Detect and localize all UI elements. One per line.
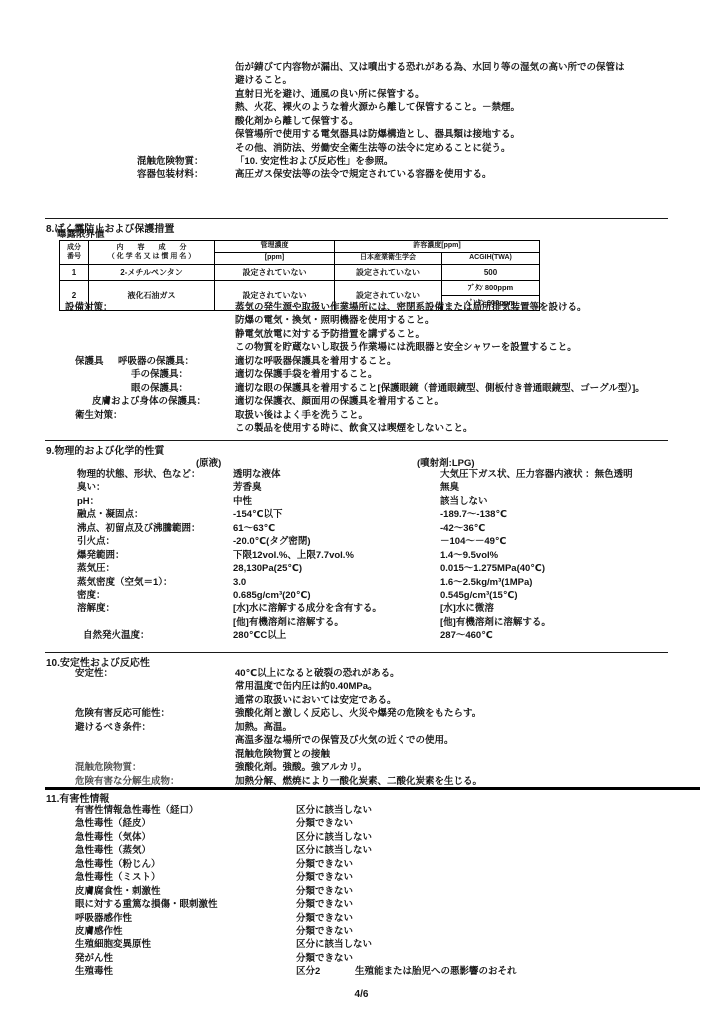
header-text: 番号 — [60, 253, 88, 261]
hazard-label: 生殖毒性 — [75, 965, 113, 978]
property-row: 爆発範囲： 下限12vol.%、上限7.7vol.% 1.4～9.5vol% — [0, 549, 723, 562]
stability-reactivity-rows: 安定性： 40℃以上になると破裂の恐れがある。 常用温度で缶内圧は約0.40MP… — [0, 667, 723, 788]
property-label: 蒸気圧： — [77, 562, 115, 575]
hazard-classification: 区分に該当しない — [296, 831, 372, 844]
header-text: （ 化 学 名 又 は 慣 用 名 ） — [89, 253, 214, 261]
property-row: 蒸気圧： 28,130Pa(25℃) 0.015～1.275MPa(40℃) — [0, 562, 723, 575]
field-label: 混触危険物質： — [137, 155, 204, 168]
hazard-row: 生殖細胞変異原性 区分に該当しない — [0, 938, 723, 951]
hazard-label: 発がん性 — [75, 952, 113, 965]
hazard-classification: 分類できない — [296, 952, 353, 965]
property-row: 臭い： 芳香臭 無臭 — [0, 481, 723, 494]
section-11-title: 11.有害性情報 — [46, 790, 109, 805]
field-label: 危険有害反応可能性： — [75, 707, 170, 720]
field-row: 容器包装材料： 高圧ガス保安法等の法令で規定されている容器を使用する。 — [0, 168, 723, 181]
page-number: 4/6 — [0, 989, 723, 1000]
physical-properties-rows: 物理的状態、形状、色など： 透明な液体 大気圧下ガス状、圧力容器内液状 ：無色透… — [0, 468, 723, 643]
property-value-stock: [水]水に溶解する成分を含有する。 — [233, 602, 382, 615]
hazard-classification: 分類できない — [296, 885, 353, 898]
field-value: 取扱い後はよく手を洗うこと。 — [235, 409, 368, 422]
hazard-classification-detail: 生殖能または胎児への悪影響のおそれ — [355, 965, 517, 978]
text-line: 保管場所で使用する電気器具は防爆構造とし、器具類は接地する。 — [0, 128, 723, 141]
field-row: 防爆の電気・換気・照明機器を使用すること。 — [0, 314, 723, 327]
field-row: 混触危険物質との接触 — [0, 748, 723, 761]
hazard-row: 有害性情報急性毒性（経口） 区分に該当しない — [0, 804, 723, 817]
hazard-classification: 分類できない — [296, 858, 353, 871]
hazard-classification: 区分に該当しない — [296, 938, 372, 951]
precaution-text: 缶が錆びて内容物が漏出、又は噴出する恐れがある為、水回り等の湿気の高い所での保管… — [235, 61, 625, 74]
hazard-label: 急性毒性（気体） — [75, 831, 151, 844]
hazard-classification: 分類できない — [296, 871, 353, 884]
hazard-row: 急性毒性（気体） 区分に該当しない — [0, 831, 723, 844]
property-row: 蒸気密度（空気＝1）： 3.0 1.6～2.5kg/m³(1MPa) — [0, 576, 723, 589]
property-label: 密度： — [77, 589, 106, 602]
field-label: 避けるべき条件： — [75, 721, 151, 734]
property-value-stock: 61～63℃ — [233, 522, 275, 535]
field-row: この製品を使用する時に、飲食又は喫煙をしないこと。 — [0, 422, 723, 435]
property-value-stock: -20.0℃(タグ密閉) — [233, 535, 311, 548]
field-row: 混触危険物質： 「10. 安定性および反応性」を参照。 — [0, 155, 723, 168]
header-text: 成分 — [60, 244, 88, 252]
property-row: 密度： 0.685g/cm³(20℃) 0.545g/cm³(15℃) — [0, 589, 723, 602]
field-label: 容器包装材料： — [137, 168, 204, 181]
field-row: この物質を貯蔵ないし取扱う作業場には洗眼器と安全シャワーを設置すること。 — [0, 341, 723, 354]
field-value: 適切な保護衣、顔面用の保護具を着用すること。 — [235, 395, 444, 408]
section-9-title: 9.物理的および化学的性質 — [46, 442, 164, 457]
field-value: 静電気放電に対する予防措置を講ずること。 — [235, 328, 425, 341]
precaution-text: その他、消防法、労働安全衛生法等の法令に定めることに従う。 — [235, 142, 511, 155]
property-value-lpg: 1.6～2.5kg/m³(1MPa) — [440, 576, 532, 589]
col-header-ppm-unit: [ppm] — [215, 253, 335, 265]
field-value: この物質を貯蔵ないし取扱う作業場には洗眼器と安全シャワーを設置すること。 — [235, 341, 577, 354]
text-line: 直射日光を避け、通風の良い所に保管する。 — [0, 88, 723, 101]
property-value-lpg: 0.545g/cm³(15℃) — [440, 589, 518, 602]
property-value-lpg: 該当しない — [440, 495, 488, 508]
property-label: 引火点： — [77, 535, 115, 548]
cell-component-no: 1 — [60, 265, 89, 281]
hazard-classification: 区分2 — [296, 965, 320, 978]
field-row: 皮膚および身体の保護具： 適切な保護衣、顔面用の保護具を着用すること。 — [0, 395, 723, 408]
property-row: pH： 中性 該当しない — [0, 495, 723, 508]
col-header-component-name: 内 容 成 分 （ 化 学 名 又 は 慣 用 名 ） — [89, 241, 215, 265]
field-value: 混触危険物質との接触 — [235, 748, 330, 761]
table-row: 1 2-メチルペンタン 設定されていない 設定されていない 500 — [60, 265, 540, 281]
field-label: 混触危険物質： — [75, 761, 142, 774]
col-header-acgih: ACGIH(TWA) — [442, 253, 540, 265]
field-row: 危険有害な分解生成物： 加熱分解、燃焼により一酸化炭素、二酸化炭素を生じる。 — [0, 775, 723, 788]
property-value-stock: 3.0 — [233, 576, 246, 589]
property-value-lpg: 1.4～9.5vol% — [440, 549, 498, 562]
column-header-propellant-lpg: (噴射剤:LPG) — [417, 455, 475, 469]
property-value-lpg: 無臭 — [440, 481, 459, 494]
property-value-stock: 中性 — [233, 495, 252, 508]
property-row: 引火点： -20.0℃(タグ密閉) －104～－49℃ — [0, 535, 723, 548]
property-row: 溶解度： [水]水に溶解する成分を含有する。 [水]水に微溶 — [0, 602, 723, 615]
field-value: 高圧ガス保安法等の法令で規定されている容器を使用する。 — [235, 168, 492, 181]
hazard-label: 有害性情報急性毒性（経口） — [75, 804, 199, 817]
text-line: その他、消防法、労働安全衛生法等の法令に定めることに従う。 — [0, 142, 723, 155]
property-label: pH： — [77, 495, 99, 508]
hazard-row: 生殖毒性 区分2 生殖能または胎児への悪影響のおそれ — [0, 965, 723, 978]
field-row: 眼の保護具： 適切な眼の保護具を着用すること[保護眼鏡（普通眼鏡型、側板付き普通… — [0, 382, 723, 395]
precaution-text: 保管場所で使用する電気器具は防爆構造とし、器具類は接地する。 — [235, 128, 520, 141]
section-divider — [45, 652, 668, 653]
text-line: 酸化剤から離して保管する。 — [0, 115, 723, 128]
field-row: 衛生対策： 取扱い後はよく手を洗うこと。 — [0, 409, 723, 422]
hazard-label: 皮膚腐食性・刺激性 — [75, 885, 161, 898]
field-row: 設備対策： 蒸気の発生源や取扱い作業場所には、密閉系設備または局所排気装置等を設… — [0, 301, 723, 314]
field-value: 加熱分解、燃焼により一酸化炭素、二酸化炭素を生じる。 — [235, 775, 482, 788]
property-value-lpg: －104～－49℃ — [440, 535, 506, 548]
hazard-label: 急性毒性（粉じん） — [75, 858, 161, 871]
field-value: 強酸化剤と激しく反応し、火災や爆発の危険をもたらす。 — [235, 707, 481, 720]
hazard-classification: 区分に該当しない — [296, 804, 372, 817]
property-value-lpg: 0.015～1.275MPa(40℃) — [440, 562, 545, 575]
precaution-text: 熱、火花、裸火のような着火源から離して保管すること。－禁煙。 — [235, 101, 520, 114]
storage-labeled-rows: 混触危険物質： 「10. 安定性および反応性」を参照。 容器包装材料： 高圧ガス… — [0, 155, 723, 182]
toxicological-info-rows: 有害性情報急性毒性（経口） 区分に該当しない 急性毒性（経皮） 分類できない 急… — [0, 804, 723, 979]
property-label: 物理的状態、形状、色など： — [77, 468, 201, 481]
hazard-classification: 分類できない — [296, 898, 353, 911]
field-value: 通常の取扱いにおいては安定である。 — [235, 694, 397, 707]
field-value: 防爆の電気・換気・照明機器を使用すること。 — [235, 314, 435, 327]
field-label: 設備対策： — [65, 301, 113, 314]
hazard-label: 呼吸器感作性 — [75, 912, 132, 925]
property-value-lpg: [他]有機溶剤に溶解する。 — [440, 616, 551, 629]
text-line: 避けること。 — [0, 74, 723, 87]
hazard-row: 発がん性 分類できない — [0, 952, 723, 965]
hazard-row: 急性毒性（ミスト） 分類できない — [0, 871, 723, 884]
field-value: 強酸化剤。強酸。強アルカリ。 — [235, 761, 367, 774]
field-label: 保護具 — [75, 355, 104, 368]
field-sublabel: 呼吸器の保護具： — [118, 355, 194, 368]
property-value-stock: 0.685g/cm³(20℃) — [233, 589, 311, 602]
protection-measures-rows: 設備対策： 蒸気の発生源や取扱い作業場所には、密閉系設備または局所排気装置等を設… — [0, 301, 723, 435]
field-value: 40℃以上になると破裂の恐れがある。 — [235, 667, 400, 680]
hazard-row: 呼吸器感作性 分類できない — [0, 912, 723, 925]
property-value-stock: 28,130Pa(25℃) — [233, 562, 302, 575]
hazard-classification: 分類できない — [296, 912, 353, 925]
property-row: 自然発火温度： 280℃C以上 287～460℃ — [0, 629, 723, 642]
property-value-stock: 透明な液体 — [233, 468, 281, 481]
field-value: 高温多湿な場所での保管及び火気の近くでの使用。 — [235, 734, 454, 747]
field-row: 常用温度で缶内圧は約0.40MPa。 — [0, 680, 723, 693]
property-label: 溶解度： — [77, 602, 115, 615]
section-divider-thick — [45, 787, 700, 790]
precaution-text: 避けること。 — [235, 74, 292, 87]
field-value: 適切な眼の保護具を着用すること[保護眼鏡（普通眼鏡型、側板付き普通眼鏡型、ゴーグ… — [235, 382, 645, 395]
property-label: 融点・凝固点： — [77, 508, 144, 521]
field-row: 静電気放電に対する予防措置を講ずること。 — [0, 328, 723, 341]
sds-document-page: 缶が錆びて内容物が漏出、又は噴出する恐れがある為、水回り等の湿気の高い所での保管… — [0, 0, 723, 1024]
hazard-label: 急性毒性（ミスト） — [75, 871, 161, 884]
property-label: 沸点、初留点及び沸騰範囲： — [77, 522, 201, 535]
hazard-row: 眼に対する重篤な損傷・眼刺激性 分類できない — [0, 898, 723, 911]
field-value: 加熱。高温。 — [235, 721, 292, 734]
cell-control: 設定されていない — [215, 265, 335, 281]
hazard-classification: 分類できない — [296, 925, 353, 938]
field-value: 適切な呼吸器保護具を着用すること。 — [235, 355, 397, 368]
property-value-lpg: [水]水に微溶 — [440, 602, 494, 615]
field-sublabel: 皮膚および身体の保護具： — [92, 395, 206, 408]
field-row: 危険有害反応可能性： 強酸化剤と激しく反応し、火災や爆発の危険をもたらす。 — [0, 707, 723, 720]
property-value-lpg: 大気圧下ガス状、圧力容器内液状 ：無色透明 — [440, 468, 633, 481]
section-divider — [45, 218, 668, 219]
hazard-row: 急性毒性（経皮） 分類できない — [0, 817, 723, 830]
field-row: 高温多湿な場所での保管及び火気の近くでの使用。 — [0, 734, 723, 747]
field-value: 蒸気の発生源や取扱い作業場所には、密閉系設備または局所排気装置等を設ける。 — [235, 301, 587, 314]
field-label: 危険有害な分解生成物： — [75, 775, 180, 788]
precaution-text: 酸化剤から離して保管する。 — [235, 115, 359, 128]
property-value-stock: 280℃C以上 — [233, 629, 286, 642]
hazard-row: 急性毒性（蒸気） 区分に該当しない — [0, 844, 723, 857]
hazard-label: 急性毒性（経皮） — [75, 817, 151, 830]
field-value: この製品を使用する時に、飲食又は喫煙をしないこと。 — [235, 422, 473, 435]
hazard-classification: 分類できない — [296, 817, 353, 830]
field-row: 通常の取扱いにおいては安定である。 — [0, 694, 723, 707]
field-row: 避けるべき条件： 加熱。高温。 — [0, 721, 723, 734]
hazard-label: 眼に対する重篤な損傷・眼刺激性 — [75, 898, 218, 911]
property-label: 蒸気密度（空気＝1）： — [77, 576, 173, 589]
hazard-label: 皮膚感作性 — [75, 925, 123, 938]
field-row: 手の保護具： 適切な保護手袋を着用すること。 — [0, 368, 723, 381]
field-sublabel: 手の保護具： — [131, 368, 188, 381]
hazard-classification: 区分に該当しない — [296, 844, 372, 857]
field-sublabel: 眼の保護具： — [131, 382, 188, 395]
storage-precaution-lines: 缶が錆びて内容物が漏出、又は噴出する恐れがある為、水回り等の湿気の高い所での保管… — [0, 61, 723, 155]
col-header-control-concentration: 管理濃度 — [215, 241, 335, 253]
col-header-jsoh: 日本産業衛生学会 — [335, 253, 442, 265]
field-row: 安定性： 40℃以上になると破裂の恐れがある。 — [0, 667, 723, 680]
hazard-row: 皮膚感作性 分類できない — [0, 925, 723, 938]
field-value: 常用温度で缶内圧は約0.40MPa。 — [235, 680, 378, 693]
property-row: 融点・凝固点： -154℃以下 -189.7～-138℃ — [0, 508, 723, 521]
property-value-lpg: 287～460℃ — [440, 629, 493, 642]
property-value-lpg: -42～36℃ — [440, 522, 485, 535]
text-line: 熱、火花、裸火のような着火源から離して保管すること。－禁煙。 — [0, 101, 723, 114]
property-row: 沸点、初留点及び沸騰範囲： 61～63℃ -42～36℃ — [0, 522, 723, 535]
text-line: 缶が錆びて内容物が漏出、又は噴出する恐れがある為、水回り等の湿気の高い所での保管… — [0, 61, 723, 74]
hazard-label: 急性毒性（蒸気） — [75, 844, 151, 857]
column-header-stock-solution: (原液) — [196, 455, 221, 469]
cell-acgih: 500 — [442, 265, 540, 281]
property-row: 物理的状態、形状、色など： 透明な液体 大気圧下ガス状、圧力容器内液状 ：無色透… — [0, 468, 723, 481]
field-label: 安定性： — [75, 667, 113, 680]
property-label: 臭い： — [77, 481, 106, 494]
property-label: 爆発範囲： — [77, 549, 125, 562]
property-value-stock: 芳香臭 — [233, 481, 262, 494]
acgih-butane-value: ﾌﾞﾀﾝ 800ppm — [442, 281, 539, 295]
hazard-row: 皮膚腐食性・刺激性 分類できない — [0, 885, 723, 898]
property-row: [他]有機溶剤に溶解する。 [他]有機溶剤に溶解する。 — [0, 616, 723, 629]
field-value: 「10. 安定性および反応性」を参照。 — [235, 155, 393, 168]
exposure-limit-subtitle: 曝露限界値 — [57, 226, 105, 240]
property-value-stock: [他]有機溶剤に溶解する。 — [233, 616, 344, 629]
hazard-row: 急性毒性（粉じん） 分類できない — [0, 858, 723, 871]
cell-component-name: 2-メチルペンタン — [89, 265, 215, 281]
field-row: 保護具 呼吸器の保護具： 適切な呼吸器保護具を着用すること。 — [0, 355, 723, 368]
section-divider — [45, 440, 668, 441]
property-value-stock: -154℃以下 — [233, 508, 283, 521]
header-text: 内 容 成 分 — [89, 244, 214, 252]
field-label: 衛生対策： — [75, 409, 123, 422]
property-value-stock: 下限12vol.%、上限7.7vol.% — [233, 549, 354, 562]
property-value-lpg: -189.7～-138℃ — [440, 508, 507, 521]
col-header-component-no: 成分 番号 — [60, 241, 89, 265]
col-header-permissible-concentration: 許容濃度[ppm] — [335, 241, 540, 253]
field-value: 適切な保護手袋を着用すること。 — [235, 368, 378, 381]
field-row: 混触危険物質： 強酸化剤。強酸。強アルカリ。 — [0, 761, 723, 774]
precaution-text: 直射日光を避け、通風の良い所に保管する。 — [235, 88, 425, 101]
cell-jsoh: 設定されていない — [335, 265, 442, 281]
property-label: 自然発火温度： — [83, 629, 150, 642]
hazard-label: 生殖細胞変異原性 — [75, 938, 151, 951]
